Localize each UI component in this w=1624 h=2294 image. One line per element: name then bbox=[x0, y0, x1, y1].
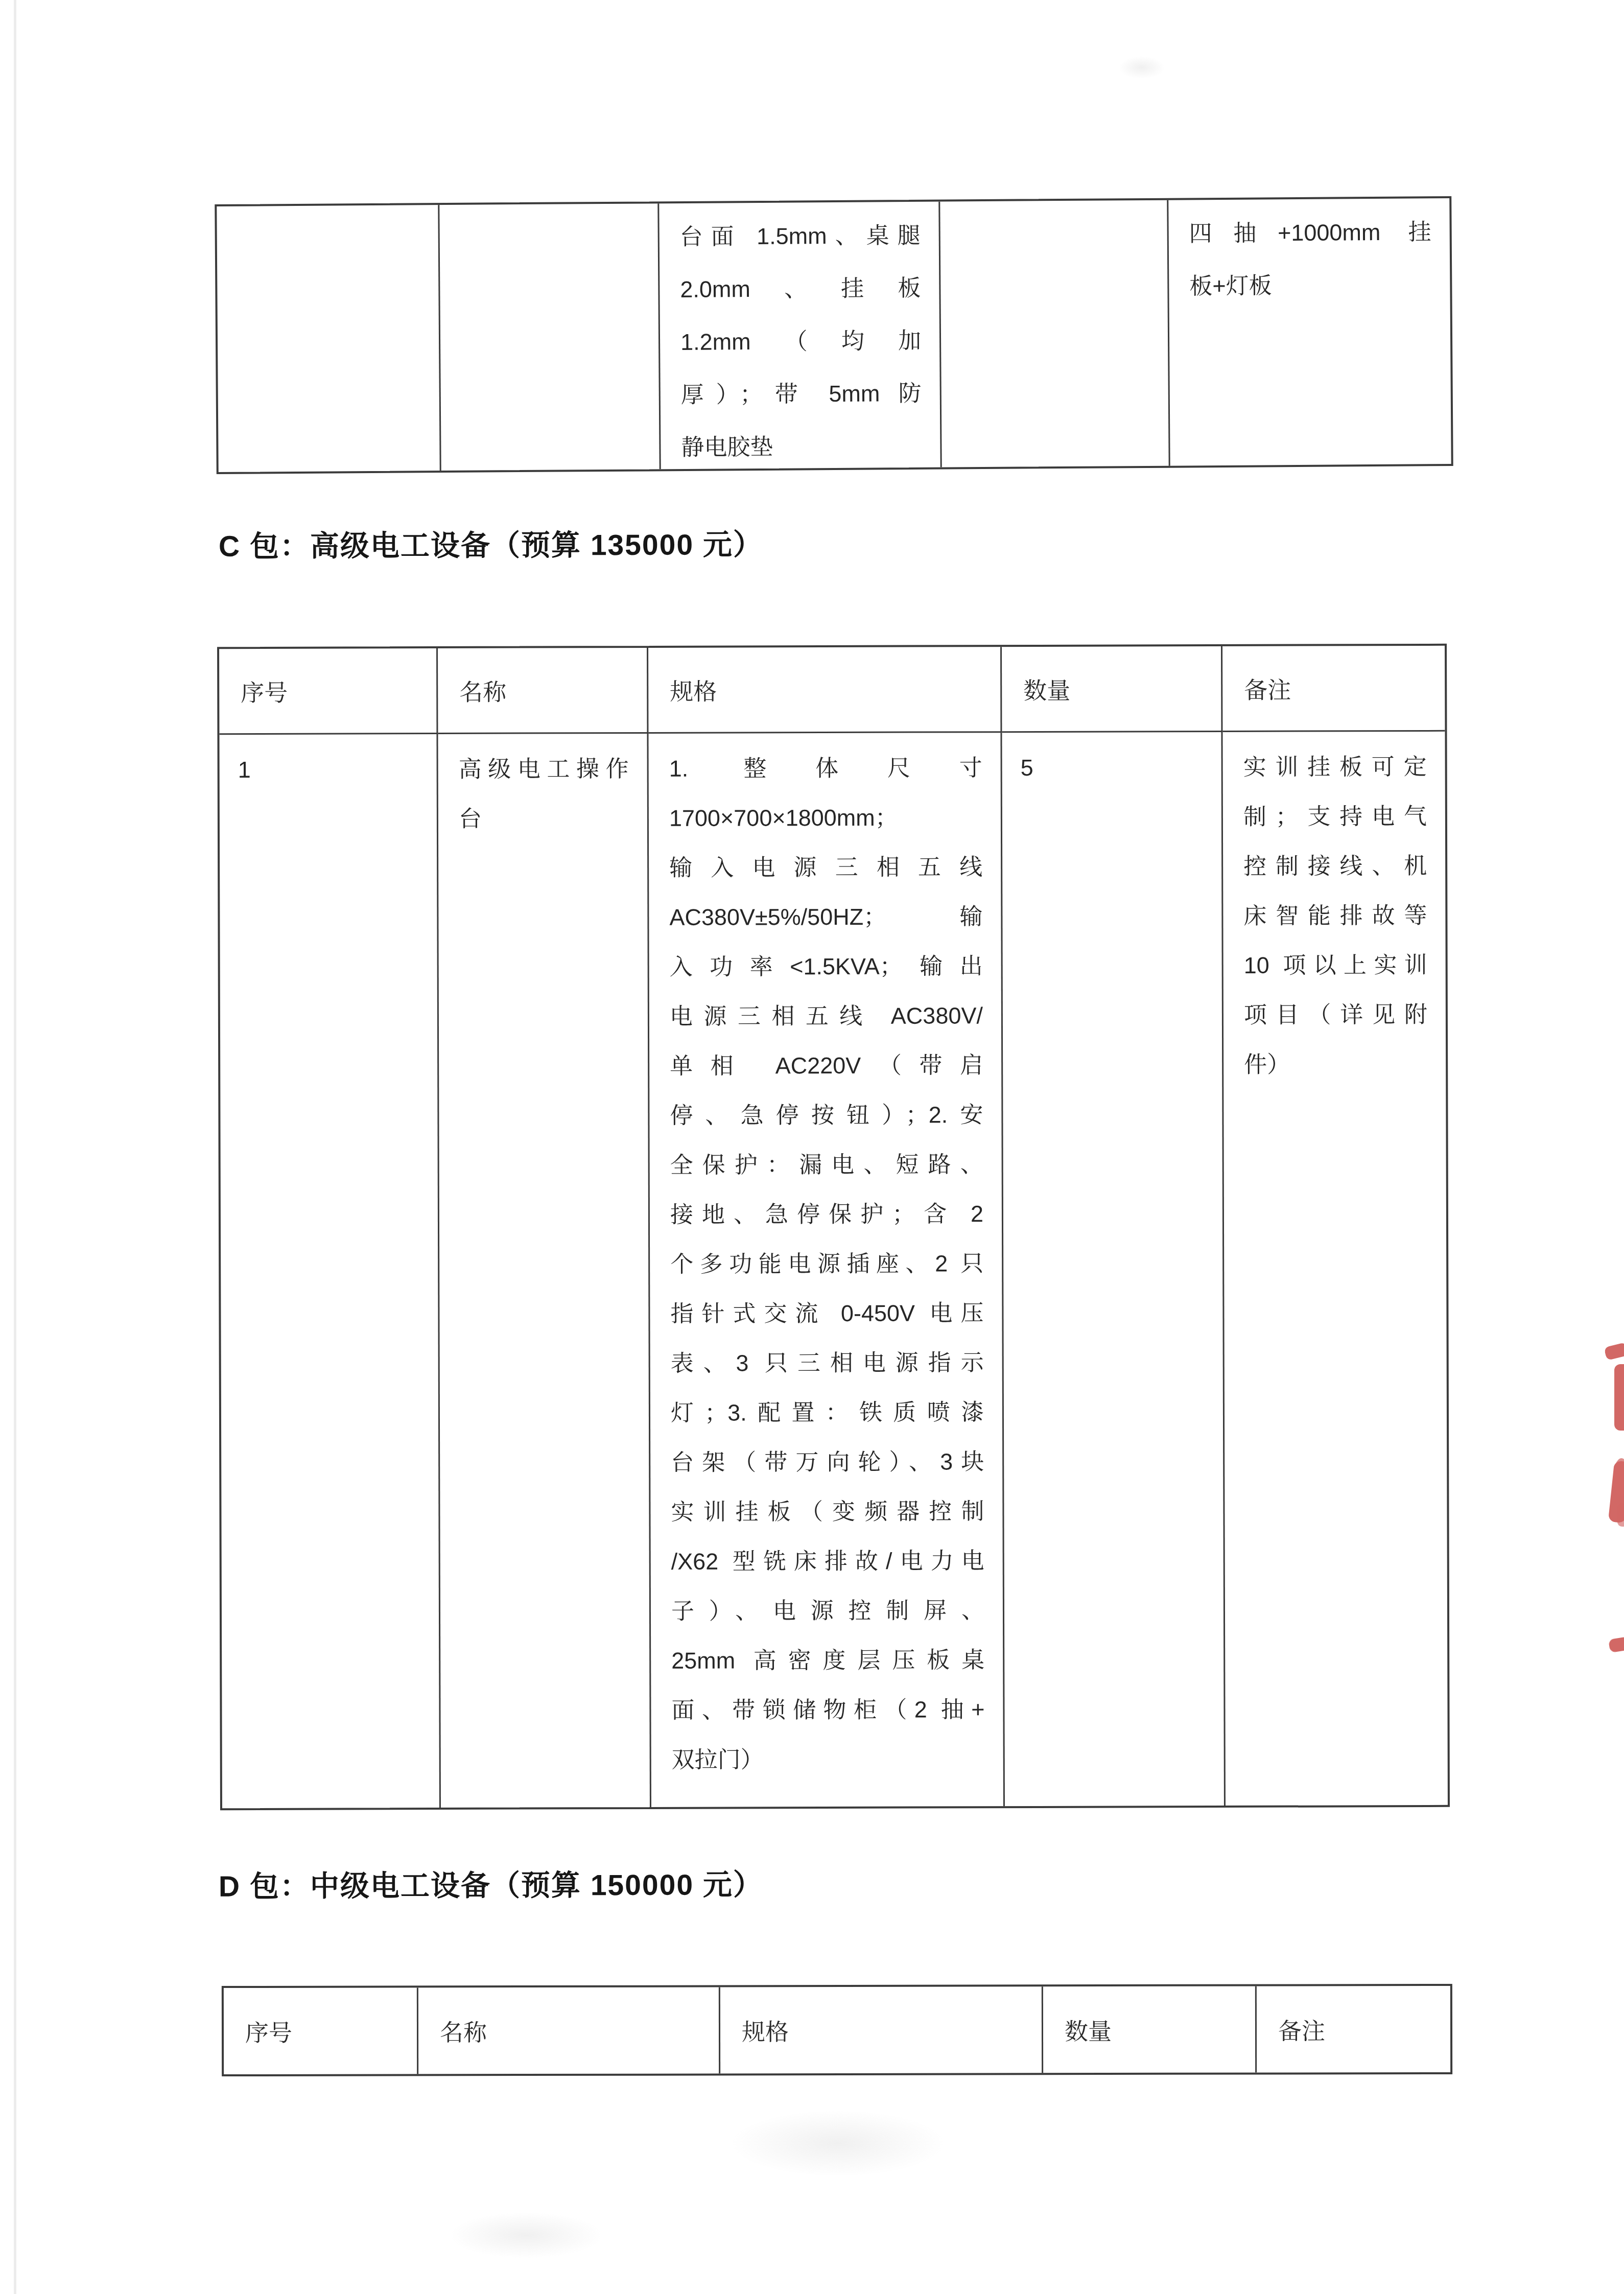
scan-smudge bbox=[731, 2110, 945, 2176]
column-header-note: 备注 bbox=[1222, 646, 1445, 732]
text-line: 项目（详见附 bbox=[1244, 990, 1427, 1040]
text-line: 制；支持电气 bbox=[1243, 791, 1427, 841]
continued-equipment-table: 台面 1.5mm、桌腿2.0mm、挂板1.2mm（均加厚）；带 5mm 防静电胶… bbox=[215, 196, 1453, 474]
text-line: 厚）；带 5mm 防 bbox=[680, 367, 922, 421]
text-line: 四抽+1000mm 挂 bbox=[1189, 205, 1431, 260]
text-line: 灯；3.配置：铁质喷漆 bbox=[671, 1387, 984, 1438]
scan-smudge bbox=[1119, 56, 1165, 79]
text-line: 面、带锁储物柜（2 抽+ bbox=[671, 1684, 984, 1735]
package-d-table: 序号 名称 规格 数量 备注 bbox=[222, 1984, 1452, 2076]
text-line: 表、3 只三相电源指示 bbox=[671, 1338, 984, 1388]
text-line: 床智能排故等 bbox=[1243, 891, 1427, 941]
red-ink-stamp-marks bbox=[1588, 1324, 1624, 1682]
scan-edge-artifact bbox=[14, 0, 16, 2294]
text-line: 实训挂板（变频器控制 bbox=[671, 1486, 984, 1537]
scanned-document-page: 台面 1.5mm、桌腿2.0mm、挂板1.2mm（均加厚）；带 5mm 防静电胶… bbox=[0, 0, 1624, 2294]
scan-smudge bbox=[450, 2212, 603, 2258]
text-line: 输入电源三相五线 bbox=[669, 842, 982, 893]
text-line: 全保护：漏电、短路、 bbox=[670, 1139, 983, 1190]
row-serial-cell: 1 bbox=[219, 734, 440, 1808]
package-c-heading: C 包：高级电工设备（预算 135000 元） bbox=[219, 521, 763, 565]
row-qty-cell: 5 bbox=[1002, 732, 1225, 1806]
column-header-spec: 规格 bbox=[720, 1986, 1043, 2073]
text-line: 1.2mm（均加 bbox=[680, 314, 922, 368]
row-note-cell: 实训挂板可定制；支持电气控制接线、机床智能排故等10 项以上实训项目（详见附件） bbox=[1222, 732, 1447, 1806]
text-line: 1. 整体尺寸 bbox=[669, 743, 982, 793]
text-line: 台 bbox=[459, 793, 629, 844]
text-line: 实训挂板可定 bbox=[1243, 742, 1427, 792]
package-d-heading: D 包：中级电工设备（预算 150000 元） bbox=[219, 1861, 763, 1905]
column-header-qty: 数量 bbox=[1002, 646, 1222, 733]
text-line: 停、急停按钮）；2.安 bbox=[670, 1090, 983, 1140]
table-cell-empty bbox=[217, 205, 441, 472]
text-line: 电源三相五线 AC380V/ bbox=[670, 991, 983, 1041]
text-line: 板+灯板 bbox=[1189, 258, 1432, 312]
text-line: 静电胶垫 bbox=[681, 419, 922, 469]
column-header-qty: 数量 bbox=[1043, 1986, 1257, 2073]
column-header-name: 名称 bbox=[438, 648, 648, 734]
column-header-serial: 序号 bbox=[224, 1987, 418, 2074]
text-line: AC380V±5%/50HZ；输 bbox=[669, 892, 982, 942]
text-line: 件） bbox=[1244, 1039, 1427, 1089]
text-line: 1700×700×1800mm； bbox=[669, 792, 982, 843]
text-line: 台架（带万向轮）、3块 bbox=[671, 1437, 984, 1487]
text-line: 台面 1.5mm、桌腿 bbox=[679, 209, 921, 263]
text-line: 高级电工操作 bbox=[459, 744, 629, 794]
column-header-serial: 序号 bbox=[219, 648, 438, 735]
column-header-note: 备注 bbox=[1257, 1986, 1450, 2073]
text-line: 25mm 高密度层压板桌 bbox=[671, 1635, 984, 1686]
text-line: 单相 AC220V（带启 bbox=[670, 1040, 983, 1091]
text-line: 2.0mm、挂板 bbox=[680, 262, 921, 316]
column-header-name: 名称 bbox=[418, 1987, 720, 2074]
text-line: 指针式交流 0-450V 电压 bbox=[670, 1288, 983, 1339]
text-line: 入功率<1.5KVA；输出 bbox=[670, 941, 983, 992]
column-header-spec: 规格 bbox=[648, 647, 1002, 734]
text-line: 接地、急停保护；含 2 bbox=[670, 1189, 983, 1239]
note-cell: 四抽+1000mm 挂板+灯板 bbox=[1168, 198, 1451, 466]
table-cell-empty bbox=[439, 203, 661, 471]
text-line: 双拉门） bbox=[672, 1734, 985, 1785]
spec-cell: 台面 1.5mm、桌腿2.0mm、挂板1.2mm（均加厚）；带 5mm 防静电胶… bbox=[659, 202, 942, 470]
table-cell-empty bbox=[940, 200, 1170, 467]
text-line: 子）、电源控制屏、 bbox=[671, 1585, 984, 1636]
text-line: 控制接线、机 bbox=[1243, 841, 1427, 891]
text-line: 10 项以上实训 bbox=[1244, 940, 1427, 990]
row-name-cell: 高级电工操作台 bbox=[438, 734, 651, 1808]
package-c-table: 序号 名称 规格 数量 备注 1 高级电工操作台 1. 整体尺寸1700×700… bbox=[217, 644, 1450, 1810]
row-spec-cell: 1. 整体尺寸1700×700×1800mm；输入电源三相五线AC380V±5%… bbox=[648, 733, 1004, 1807]
text-line: 个多功能电源插座、2 只 bbox=[670, 1238, 983, 1289]
text-line: /X62 型铣床排故/电力电 bbox=[671, 1536, 984, 1586]
